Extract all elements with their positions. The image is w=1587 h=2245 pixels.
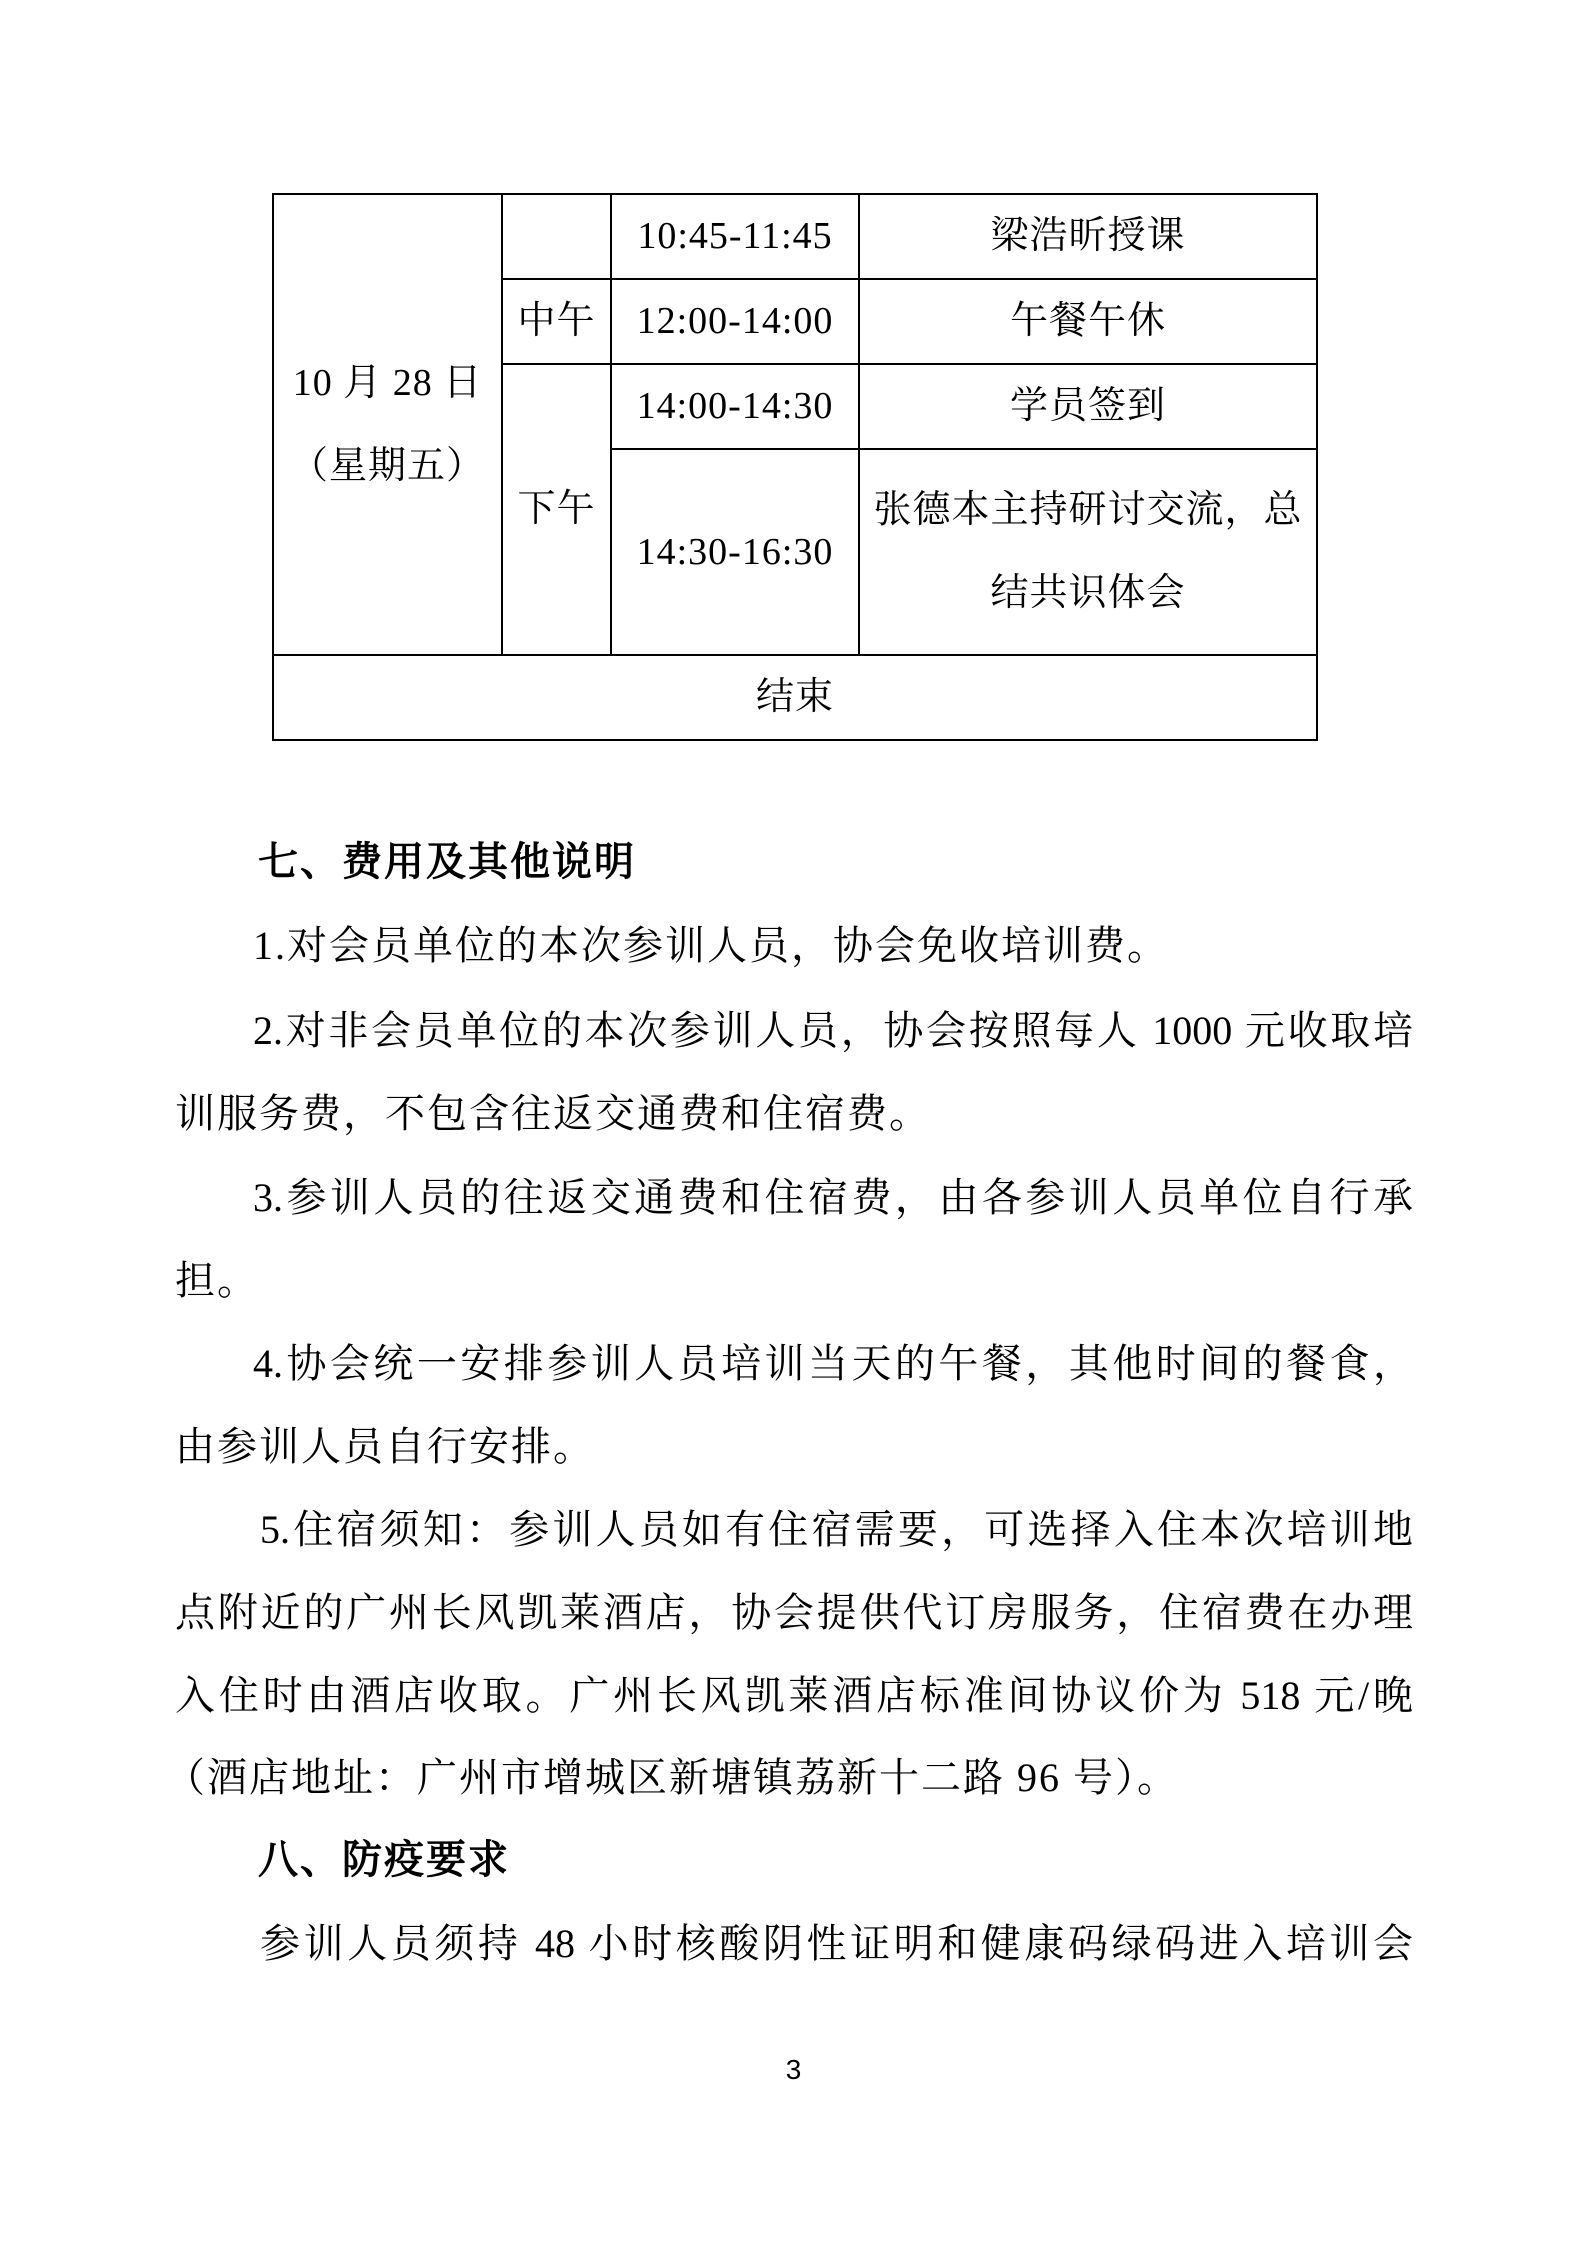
schedule-table: 10 月 28 日 （星期五） 10:45-11:45 梁浩昕授课 中午 12:… — [272, 193, 1318, 741]
section-heading-covid: 八、防疫要求 — [258, 1819, 510, 1902]
table-row: 10 月 28 日 （星期五） 10:45-11:45 梁浩昕授课 — [273, 194, 1317, 279]
date-cell: 10 月 28 日 （星期五） — [273, 194, 502, 655]
time-cell: 14:30-16:30 — [611, 449, 859, 655]
activity-cell: 梁浩昕授课 — [859, 194, 1317, 279]
period-cell-afternoon: 下午 — [502, 364, 611, 655]
paragraph-line: 1.对会员单位的本次参训人员，协会免收培训费。 — [253, 904, 1169, 987]
page-number: 3 — [0, 2050, 1587, 2090]
section-heading-fees: 七、费用及其他说明 — [258, 821, 636, 904]
time-cell: 10:45-11:45 — [611, 194, 859, 279]
document-page: 10 月 28 日 （星期五） 10:45-11:45 梁浩昕授课 中午 12:… — [0, 0, 1587, 2245]
paragraph-line: 入住时由酒店收取。广州长风凯莱酒店标准间协议价为 518 元/晚 — [175, 1654, 1413, 1737]
activity-cell: 午餐午休 — [859, 279, 1317, 364]
paragraph-line: 担。 — [175, 1239, 259, 1322]
table-footer-cell: 结束 — [273, 655, 1317, 740]
paragraph-line: 训服务费，不包含往返交通费和住宿费。 — [175, 1072, 931, 1155]
activity-cell: 学员签到 — [859, 364, 1317, 449]
paragraph-line: 5.住宿须知：参训人员如有住宿需要，可选择入住本次培训地 — [260, 1488, 1413, 1571]
paragraph-line: 4.协会统一安排参训人员培训当天的午餐，其他时间的餐食， — [253, 1322, 1413, 1405]
paragraph-line: 2.对非会员单位的本次参训人员，协会按照每人 1000 元收取培 — [253, 989, 1413, 1072]
table-row: 结束 — [273, 655, 1317, 740]
paragraph-line: 3.参训人员的往返交通费和住宿费，由各参训人员单位自行承 — [253, 1156, 1413, 1239]
activity-cell: 张德本主持研讨交流，总结共识体会 — [859, 449, 1317, 655]
paragraph-line: （酒店地址：广州市增城区新塘镇荔新十二路 96 号）。 — [165, 1736, 1179, 1819]
date-line1: 10 月 28 日 — [274, 342, 501, 425]
period-cell-empty — [502, 194, 611, 279]
paragraph-line: 参训人员须持 48 小时核酸阴性证明和健康码绿码进入培训会 — [260, 1902, 1413, 1985]
paragraph-line: 由参训人员自行安排。 — [175, 1405, 595, 1488]
time-cell: 14:00-14:30 — [611, 364, 859, 449]
time-cell: 12:00-14:00 — [611, 279, 859, 364]
period-cell-noon: 中午 — [502, 279, 611, 364]
paragraph-line: 点附近的广州长风凯莱酒店，协会提供代订房服务，住宿费在办理 — [175, 1571, 1413, 1654]
date-line2: （星期五） — [274, 425, 501, 508]
